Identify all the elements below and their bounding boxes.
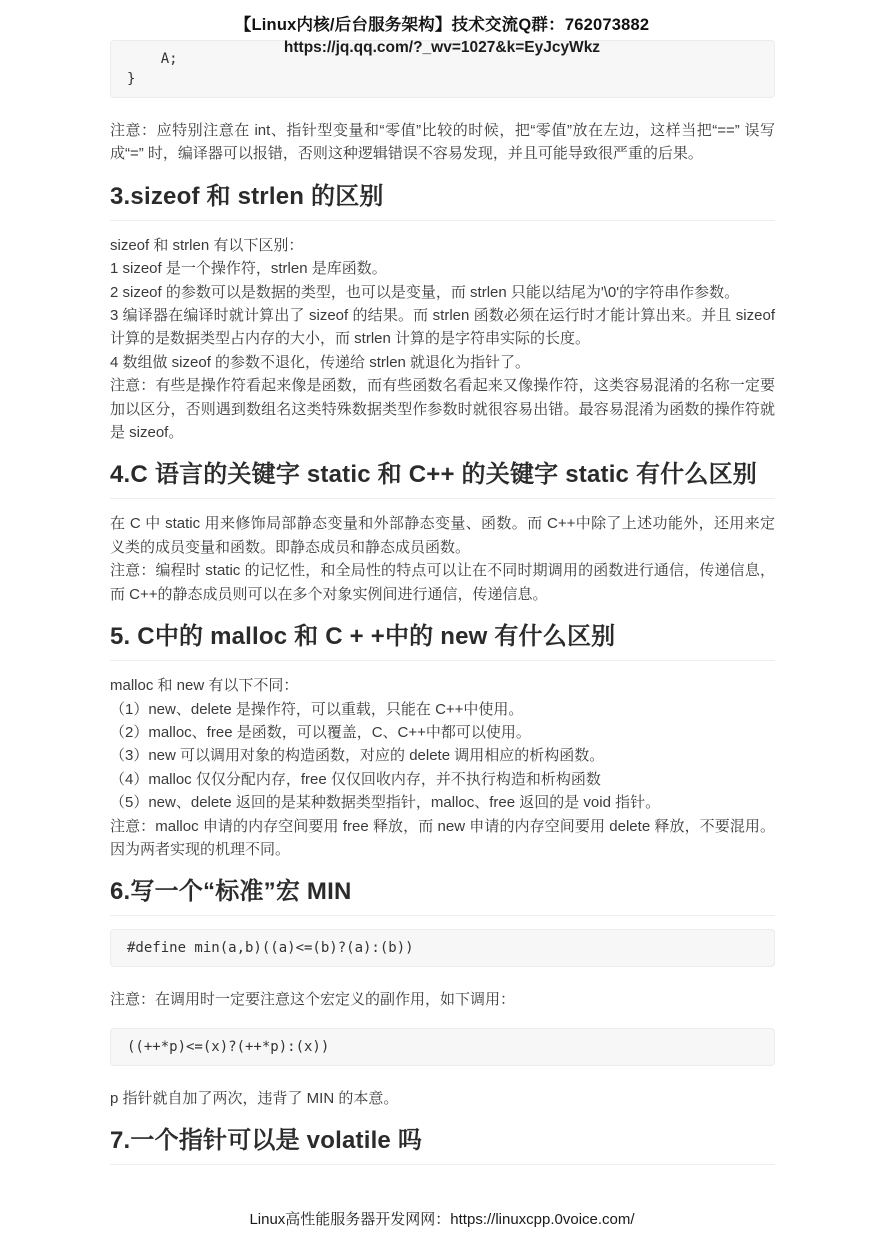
code-block: #define min(a,b)((a)<=(b)?(a):(b)) — [110, 929, 775, 967]
section-heading: 3.sizeof 和 strlen 的区别 — [110, 182, 775, 221]
paragraph: p 指针就自加了两次，违背了 MIN 的本意。 — [110, 1087, 775, 1110]
paragraph-line: malloc 和 new 有以下不同： — [110, 674, 775, 697]
paragraph-line: 注意：编程时 static 的记忆性，和全局性的特点可以让在不同时期调用的函数进… — [110, 559, 775, 606]
paragraph-line: sizeof 和 strlen 有以下区别： — [110, 234, 775, 257]
section-heading: 7.一个指针可以是 volatile 吗 — [110, 1126, 775, 1165]
paragraph-line: 注意：有些是操作符看起来像是函数，而有些函数名看起来又像操作符，这类容易混淆的名… — [110, 374, 775, 444]
section-heading: 6.写一个“标准”宏 MIN — [110, 877, 775, 916]
paragraph-line: （3）new 可以调用对象的构造函数，对应的 delete 调用相应的析构函数。 — [110, 744, 775, 767]
content: A; }注意：应特别注意在 int、指针型变量和“零值”比较的时候，把“零值”放… — [110, 40, 775, 1178]
paragraph-line: （4）malloc 仅仅分配内存，free 仅仅回收内存，并不执行构造和析构函数 — [110, 768, 775, 791]
header-group-url: https://jq.qq.com/?_wv=1027&k=EyJcyWkz — [0, 38, 884, 59]
paragraph-line: 4 数组做 sizeof 的参数不退化，传递给 strlen 就退化为指针了。 — [110, 351, 775, 374]
paragraph-line: 3 编译器在编译时就计算出了 sizeof 的结果。而 strlen 函数必须在… — [110, 304, 775, 351]
paragraph-line: （5）new、delete 返回的是某种数据类型指针，malloc、free 返… — [110, 791, 775, 814]
paragraph: sizeof 和 strlen 有以下区别：1 sizeof 是一个操作符，st… — [110, 234, 775, 445]
paragraph-line: 1 sizeof 是一个操作符，strlen 是库函数。 — [110, 257, 775, 280]
paragraph-line: 注意：应特别注意在 int、指针型变量和“零值”比较的时候，把“零值”放在左边，… — [110, 119, 775, 166]
section-heading: 5. C中的 malloc 和 C + +中的 new 有什么区别 — [110, 622, 775, 661]
paragraph-line: 在 C 中 static 用来修饰局部静态变量和外部静态变量、函数。而 C++中… — [110, 512, 775, 559]
section-heading: 4.C 语言的关键字 static 和 C++ 的关键字 static 有什么区… — [110, 460, 775, 499]
paragraph-line: 注意：在调用时一定要注意这个宏定义的副作用，如下调用： — [110, 988, 775, 1011]
paragraph: malloc 和 new 有以下不同：（1）new、delete 是操作符，可以… — [110, 674, 775, 861]
paragraph-line: 2 sizeof 的参数可以是数据的类型，也可以是变量，而 strlen 只能以… — [110, 281, 775, 304]
paragraph-line: （1）new、delete 是操作符，可以重载，只能在 C++中使用。 — [110, 698, 775, 721]
header-group-title: 【Linux内核/后台服务架构】技术交流Q群：762073882 — [0, 14, 884, 36]
code-block: ((++*p)<=(x)?(++*p):(x)) — [110, 1028, 775, 1066]
paragraph: 在 C 中 static 用来修饰局部静态变量和外部静态变量、函数。而 C++中… — [110, 512, 775, 606]
paragraph-line: （2）malloc、free 是函数，可以覆盖，C、C++中都可以使用。 — [110, 721, 775, 744]
page-header: 【Linux内核/后台服务架构】技术交流Q群：762073882 https:/… — [0, 14, 884, 59]
page-footer: Linux高性能服务器开发网网：https://linuxcpp.0voice.… — [0, 1208, 884, 1229]
paragraph-line: 注意：malloc 申请的内存空间要用 free 释放，而 new 申请的内存空… — [110, 815, 775, 862]
paragraph-line: p 指针就自加了两次，违背了 MIN 的本意。 — [110, 1087, 775, 1110]
paragraph: 注意：应特别注意在 int、指针型变量和“零值”比较的时候，把“零值”放在左边，… — [110, 119, 775, 166]
paragraph: 注意：在调用时一定要注意这个宏定义的副作用，如下调用： — [110, 988, 775, 1011]
